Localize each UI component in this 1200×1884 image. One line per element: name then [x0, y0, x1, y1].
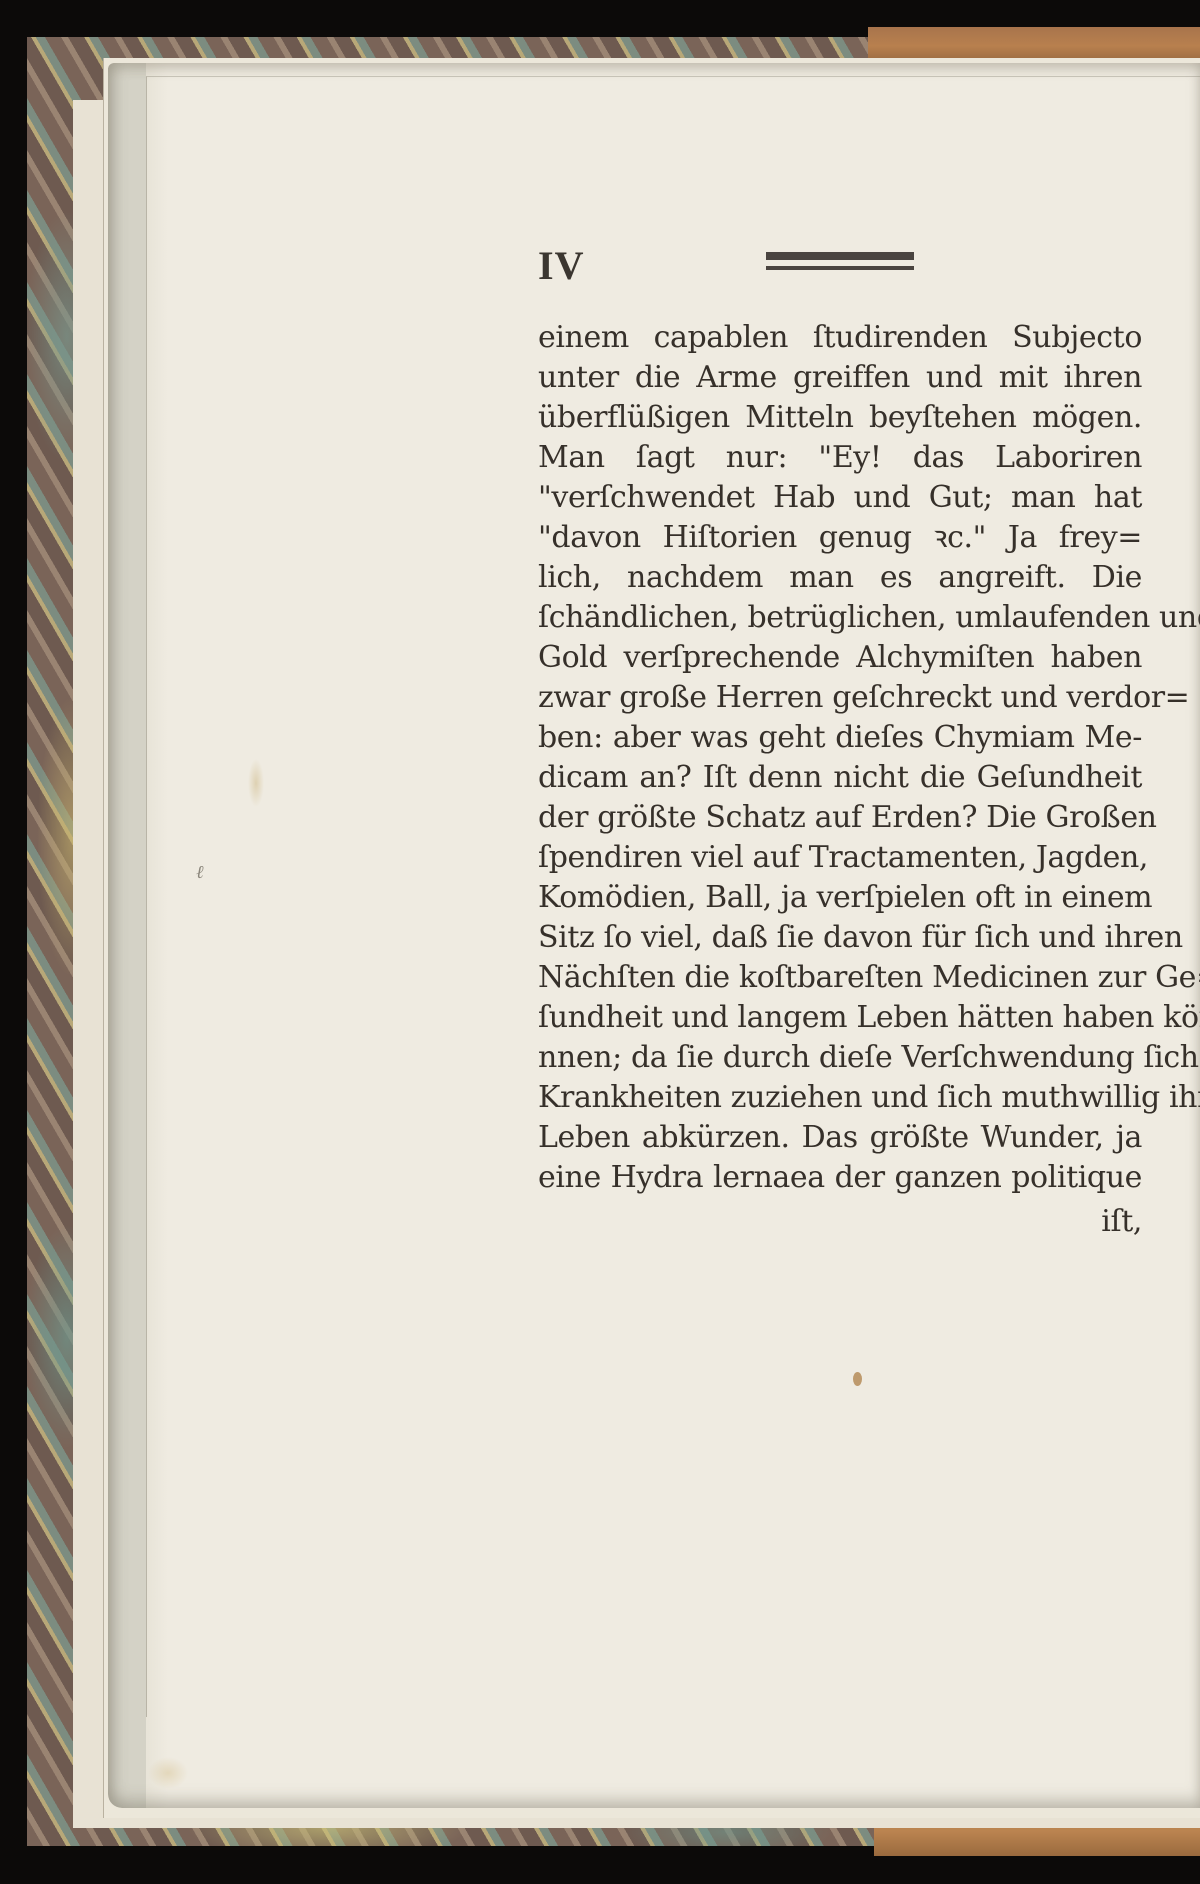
text-line: Sitz ſo viel, daß ſie davon für ſich und… [538, 918, 1142, 958]
page-number: IV [538, 242, 584, 289]
body-text: einem capablen ſtudirenden Subjecto unte… [538, 318, 1142, 1242]
text-line: einem capablen ſtudirenden Subjecto [538, 318, 1142, 358]
foxing-stain [853, 1372, 862, 1386]
text-line: der größte Schatz auf Erden? Die Großen [538, 798, 1142, 838]
text-line: Krankheiten zuziehen und ſich muthwillig… [538, 1078, 1142, 1118]
text-line: Leben abkürzen. Das größte Wunder, ja [538, 1118, 1142, 1158]
text-line: unter die Arme greiffen und mit ihren [538, 358, 1142, 398]
text-line: "davon Hiſtorien genug ꝛc." Ja frey= [538, 518, 1142, 558]
text-line: Gold verſprechende Alchymiſten haben [538, 638, 1142, 678]
text-line: ſchändlichen, betrüglichen, umlaufenden … [538, 598, 1142, 638]
text-line: dicam an? Iſt denn nicht die Geſundheit [538, 758, 1142, 798]
text-line: nnen; da ſie durch dieſe Verſchwendung ſ… [538, 1038, 1142, 1078]
text-line: zwar große Herren geſchreckt und verdor= [538, 678, 1142, 718]
text-line: ben: aber was geht dieſes Chymiam Me- [538, 718, 1142, 758]
text-line: "verſchwendet Hab und Gut; man hat [538, 478, 1142, 518]
text-line: Man ſagt nur: "Ey! das Laboriren [538, 438, 1142, 478]
text-line: überflüßigen Mitteln beyſtehen mögen. [538, 398, 1142, 438]
text-line: Nächſten die koſtbareſten Medicinen zur … [538, 958, 1142, 998]
text-line: ſpendiren viel auf Tractamenten, Jagden, [538, 838, 1142, 878]
rule-thick [766, 252, 914, 260]
text-line: eine Hydra lernaea der ganzen politique [538, 1158, 1142, 1198]
page-header: IV [538, 242, 1138, 292]
text-line: ſundheit und langem Leben hätten haben k… [538, 998, 1142, 1038]
text-line: Komödien, Ball, ja verſpielen oft in ein… [538, 878, 1142, 918]
catchword: iſt, [538, 1202, 1142, 1242]
pencil-mark: ℓ [196, 862, 204, 883]
rule-thin [766, 266, 914, 270]
double-rule-ornament-icon [766, 252, 914, 274]
text-line: lich, nachdem man es angreift. Die [538, 558, 1142, 598]
